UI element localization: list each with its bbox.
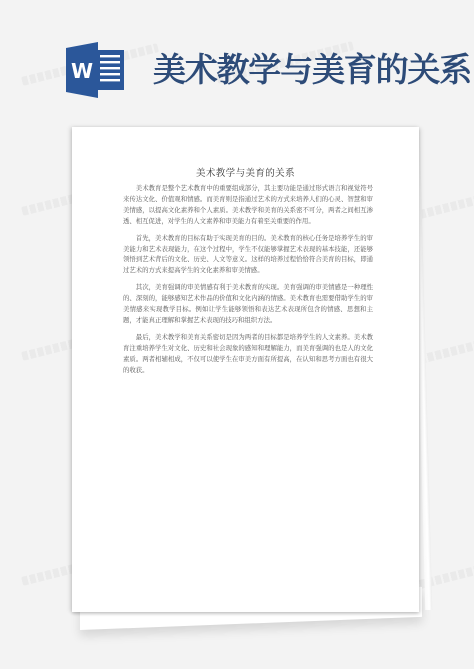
document-body: 美术教育是整个艺术教育中的重要组成部分，其主要功能是通过形式语言和视觉符号来传达… (123, 183, 373, 382)
document-page: 美术教学与美育的关系 美术教育是整个艺术教育中的重要组成部分，其主要功能是通过形… (72, 127, 419, 612)
paragraph: 首先，美术教育的目标有助于实现美育的目的。美术教育的核心任务是培养学生的审美能力… (123, 233, 373, 277)
svg-text:W: W (71, 59, 93, 83)
document-title: 美术教学与美育的关系 (72, 165, 419, 179)
watermark (411, 548, 474, 591)
header-banner: W 美术教学与美育的关系 (0, 0, 474, 125)
paragraph: 最后，美术教学和美育关系密切是因为两者的目标都是培养学生的人文素养。美术教育注重… (123, 332, 373, 376)
paragraph: 美术教育是整个艺术教育中的重要组成部分，其主要功能是通过形式语言和视觉符号来传达… (123, 183, 373, 227)
main-title: 美术教学与美育的关系 (153, 44, 471, 96)
word-icon: W (64, 40, 126, 100)
paragraph: 其次，美育强调的审美情感有利于美术教育的实现。美育强调的审美情感是一种理性的、深… (123, 282, 373, 326)
